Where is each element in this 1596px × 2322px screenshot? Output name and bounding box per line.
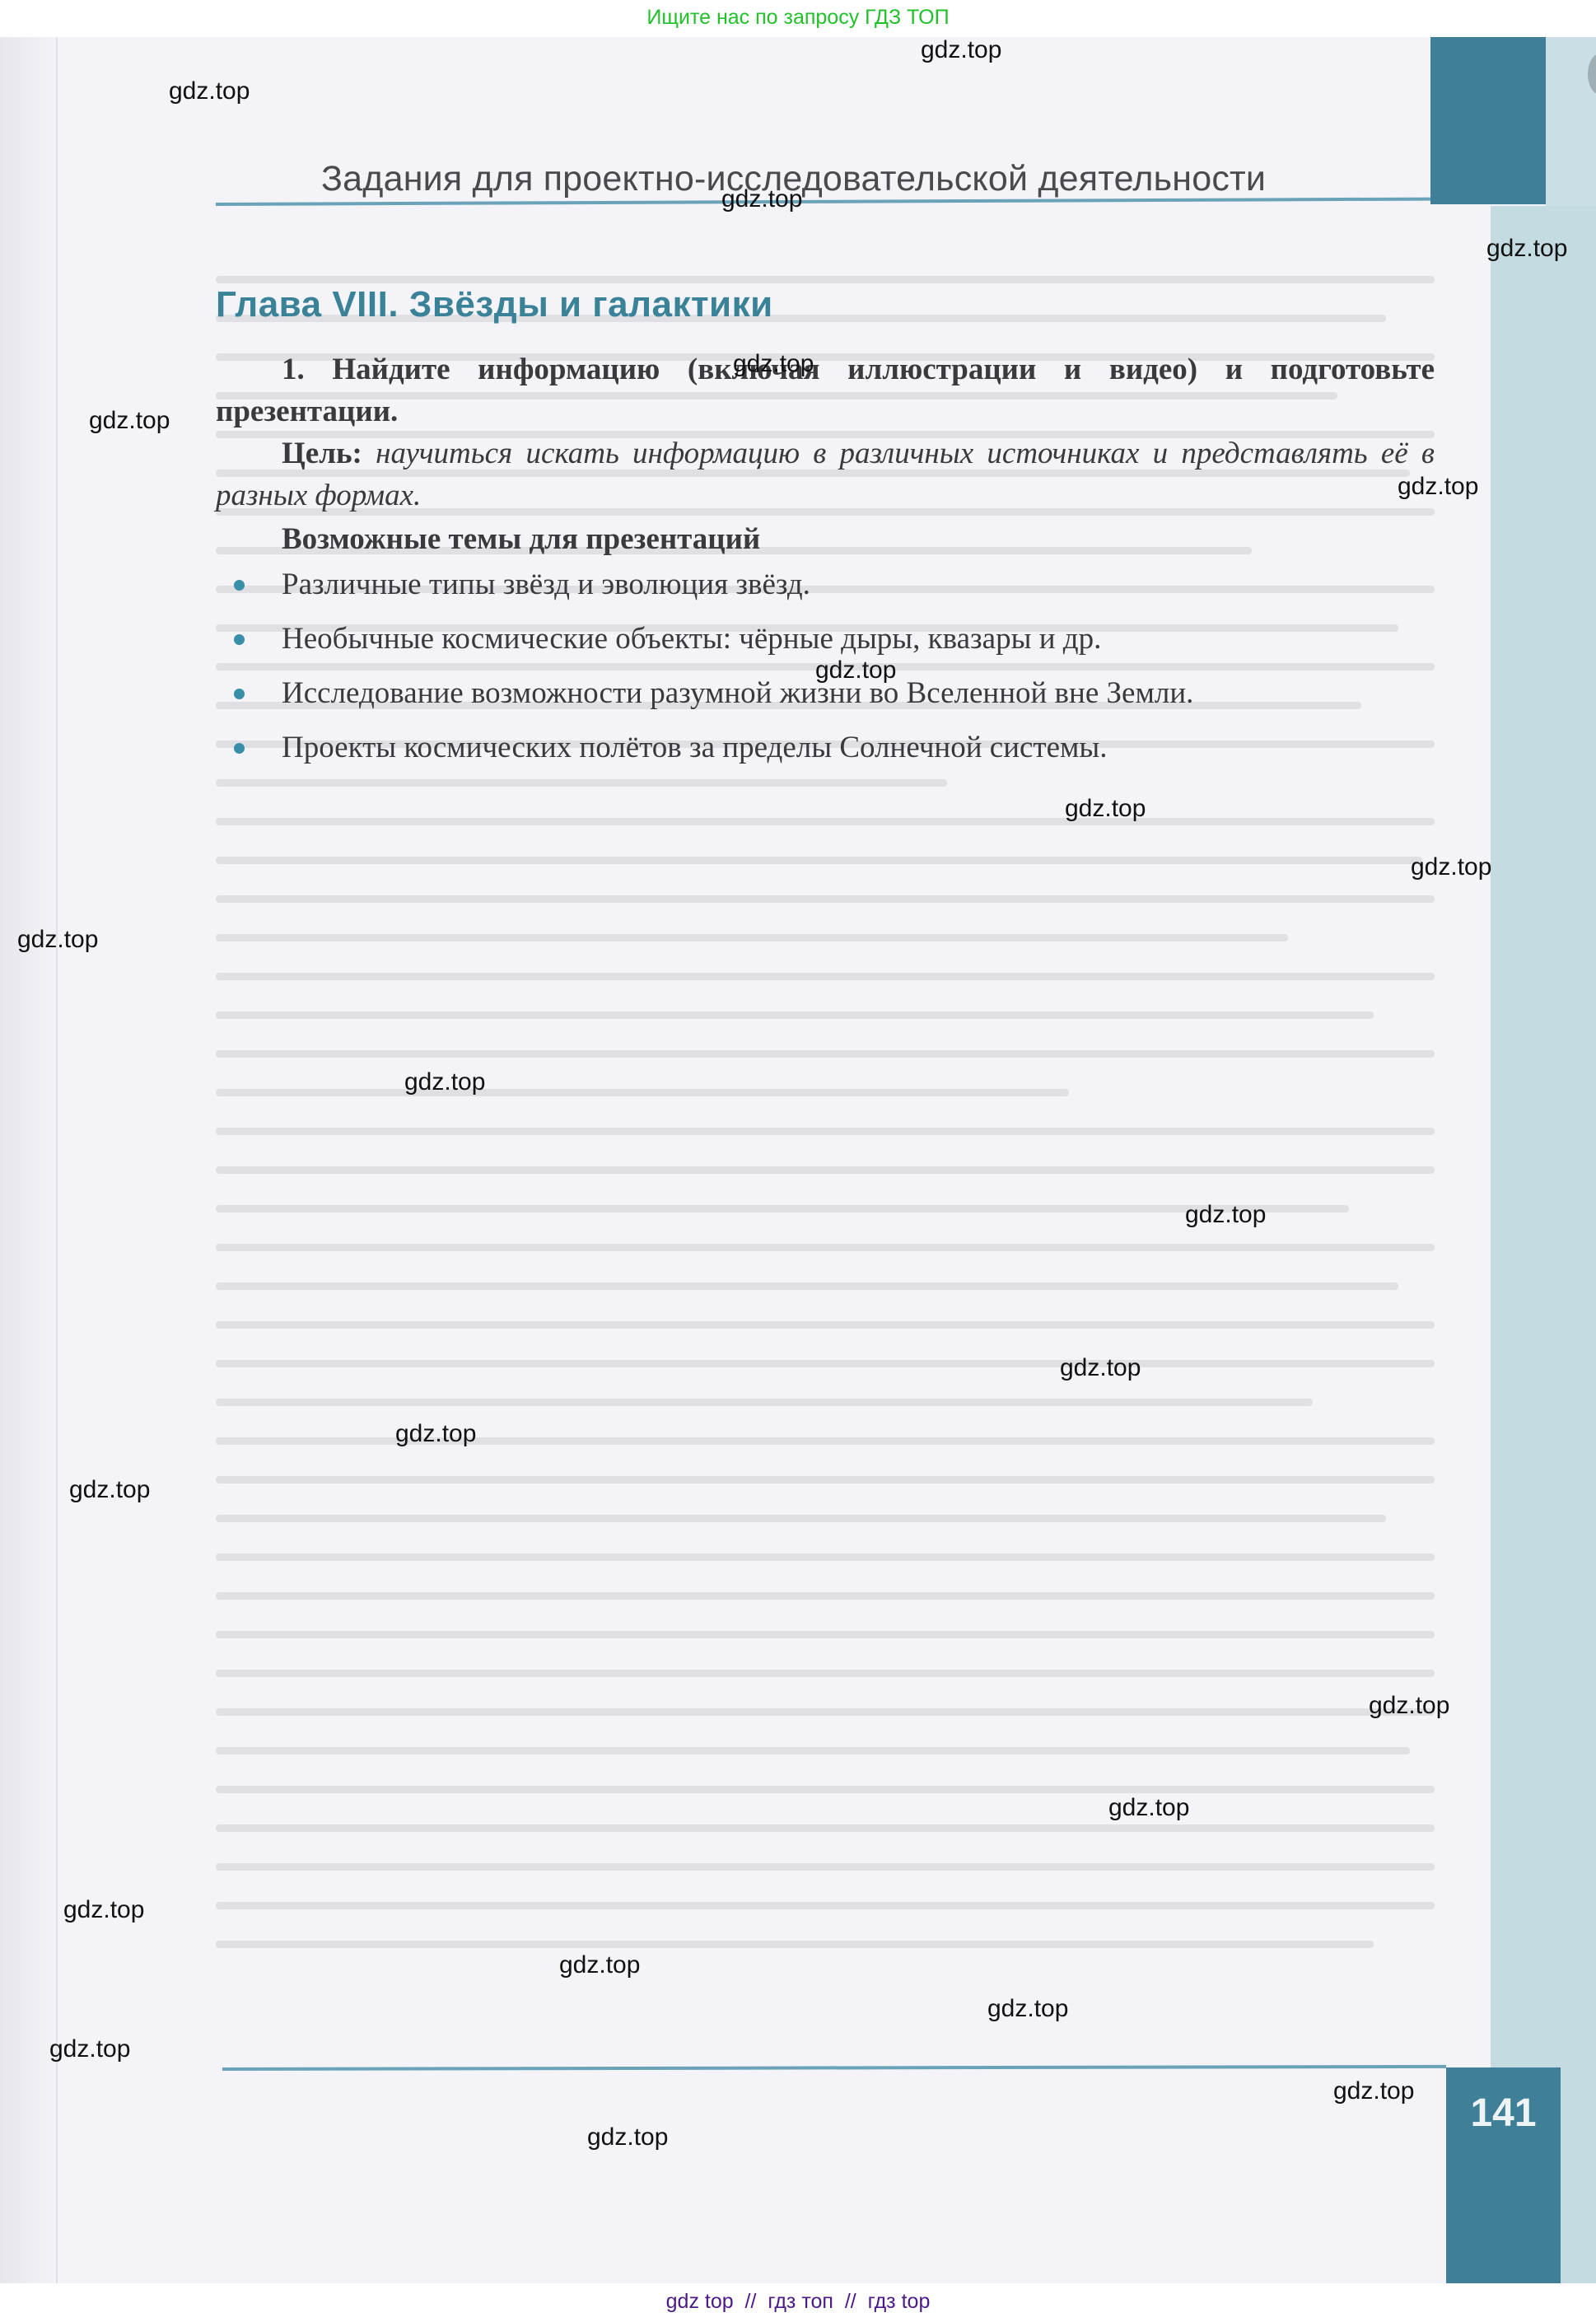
banner-text: Ищите нас по запросу ГДЗ ТОП: [646, 6, 949, 29]
watermark-text: gdz.top: [987, 1995, 1068, 2023]
goal-label: Цель:: [282, 437, 362, 470]
watermark-text: gdz.top: [69, 1476, 150, 1504]
watermark-text: gdz.top: [63, 1896, 144, 1924]
topic-item: Необычные космические объекты: чёрные ды…: [216, 616, 1435, 662]
binding-edge: [56, 37, 58, 2283]
topics-heading: Возможные темы для презентаций: [216, 518, 1435, 560]
topic-item: Проекты космических полётов за пределы С…: [216, 725, 1435, 771]
bullet-icon: [234, 580, 245, 591]
footer-divider: [222, 2065, 1446, 2071]
task-title: 1. Найдите информацию (включая иллюстрац…: [216, 348, 1435, 432]
watermark-text: gdz.top: [49, 2035, 130, 2063]
watermark-text: gdz.top: [1333, 2077, 1414, 2105]
watermark-text: gdz.top: [1060, 1354, 1141, 1382]
topic-text: Проекты космических полётов за пределы С…: [282, 731, 1108, 764]
header-accent-box: [1430, 37, 1546, 204]
topic-text: Необычные космические объекты: чёрные ды…: [282, 622, 1101, 656]
watermark-text: gdz.top: [815, 656, 896, 684]
watermark-text: gdz.top: [1411, 853, 1491, 881]
page-number: 141: [1446, 2091, 1561, 2136]
watermark-text: gdz.top: [733, 350, 814, 378]
bullet-icon: [234, 634, 245, 645]
watermark-text: gdz.top: [1065, 795, 1146, 823]
watermark-text: gdz.top: [587, 2123, 668, 2151]
side-color-strip-top: [1546, 37, 1596, 206]
binding-shadow: [0, 37, 59, 2283]
watermark-text: gdz.top: [1108, 1794, 1189, 1822]
topic-item: Различные типы звёзд и эволюция звёзд.: [216, 562, 1435, 608]
task-block: 1. Найдите информацию (включая иллюстрац…: [216, 348, 1435, 779]
task-goal: Цель: научиться искать информацию в разл…: [216, 432, 1435, 516]
topic-text: Различные типы звёзд и эволюция звёзд.: [282, 568, 810, 601]
watermark-text: gdz.top: [721, 185, 802, 213]
watermark-text: gdz.top: [17, 926, 98, 954]
bullet-icon: [234, 689, 245, 699]
footer-text: gdz top // гдз топ // гдз top: [666, 2290, 931, 2313]
footer-banner: gdz top // гдз топ // гдз top: [0, 2283, 1596, 2322]
goal-text: научиться искать информацию в различных …: [216, 437, 1435, 512]
watermark-text: gdz.top: [89, 407, 170, 435]
watermark-text: gdz.top: [395, 1420, 476, 1448]
watermark-text: gdz.top: [1185, 1201, 1266, 1229]
section-title: Задания для проектно-исследовательской д…: [321, 159, 1392, 199]
watermark-text: gdz.top: [1398, 473, 1478, 501]
watermark-text: gdz.top: [921, 36, 1001, 64]
side-color-strip: [1491, 206, 1596, 2283]
watermark-text: gdz.top: [559, 1951, 640, 1979]
topic-text: Исследование возможности разумной жизни …: [282, 676, 1193, 710]
watermark-text: gdz.top: [1369, 1692, 1449, 1720]
watermark-text: gdz.top: [404, 1068, 485, 1096]
page-number-box: 141: [1446, 2067, 1561, 2283]
top-banner: Ищите нас по запросу ГДЗ ТОП: [0, 0, 1596, 37]
bullet-icon: [234, 743, 245, 754]
chapter-heading: Глава VIII. Звёзды и галактики: [216, 284, 773, 325]
watermark-text: gdz.top: [169, 77, 250, 105]
watermark-text: gdz.top: [1486, 235, 1567, 263]
